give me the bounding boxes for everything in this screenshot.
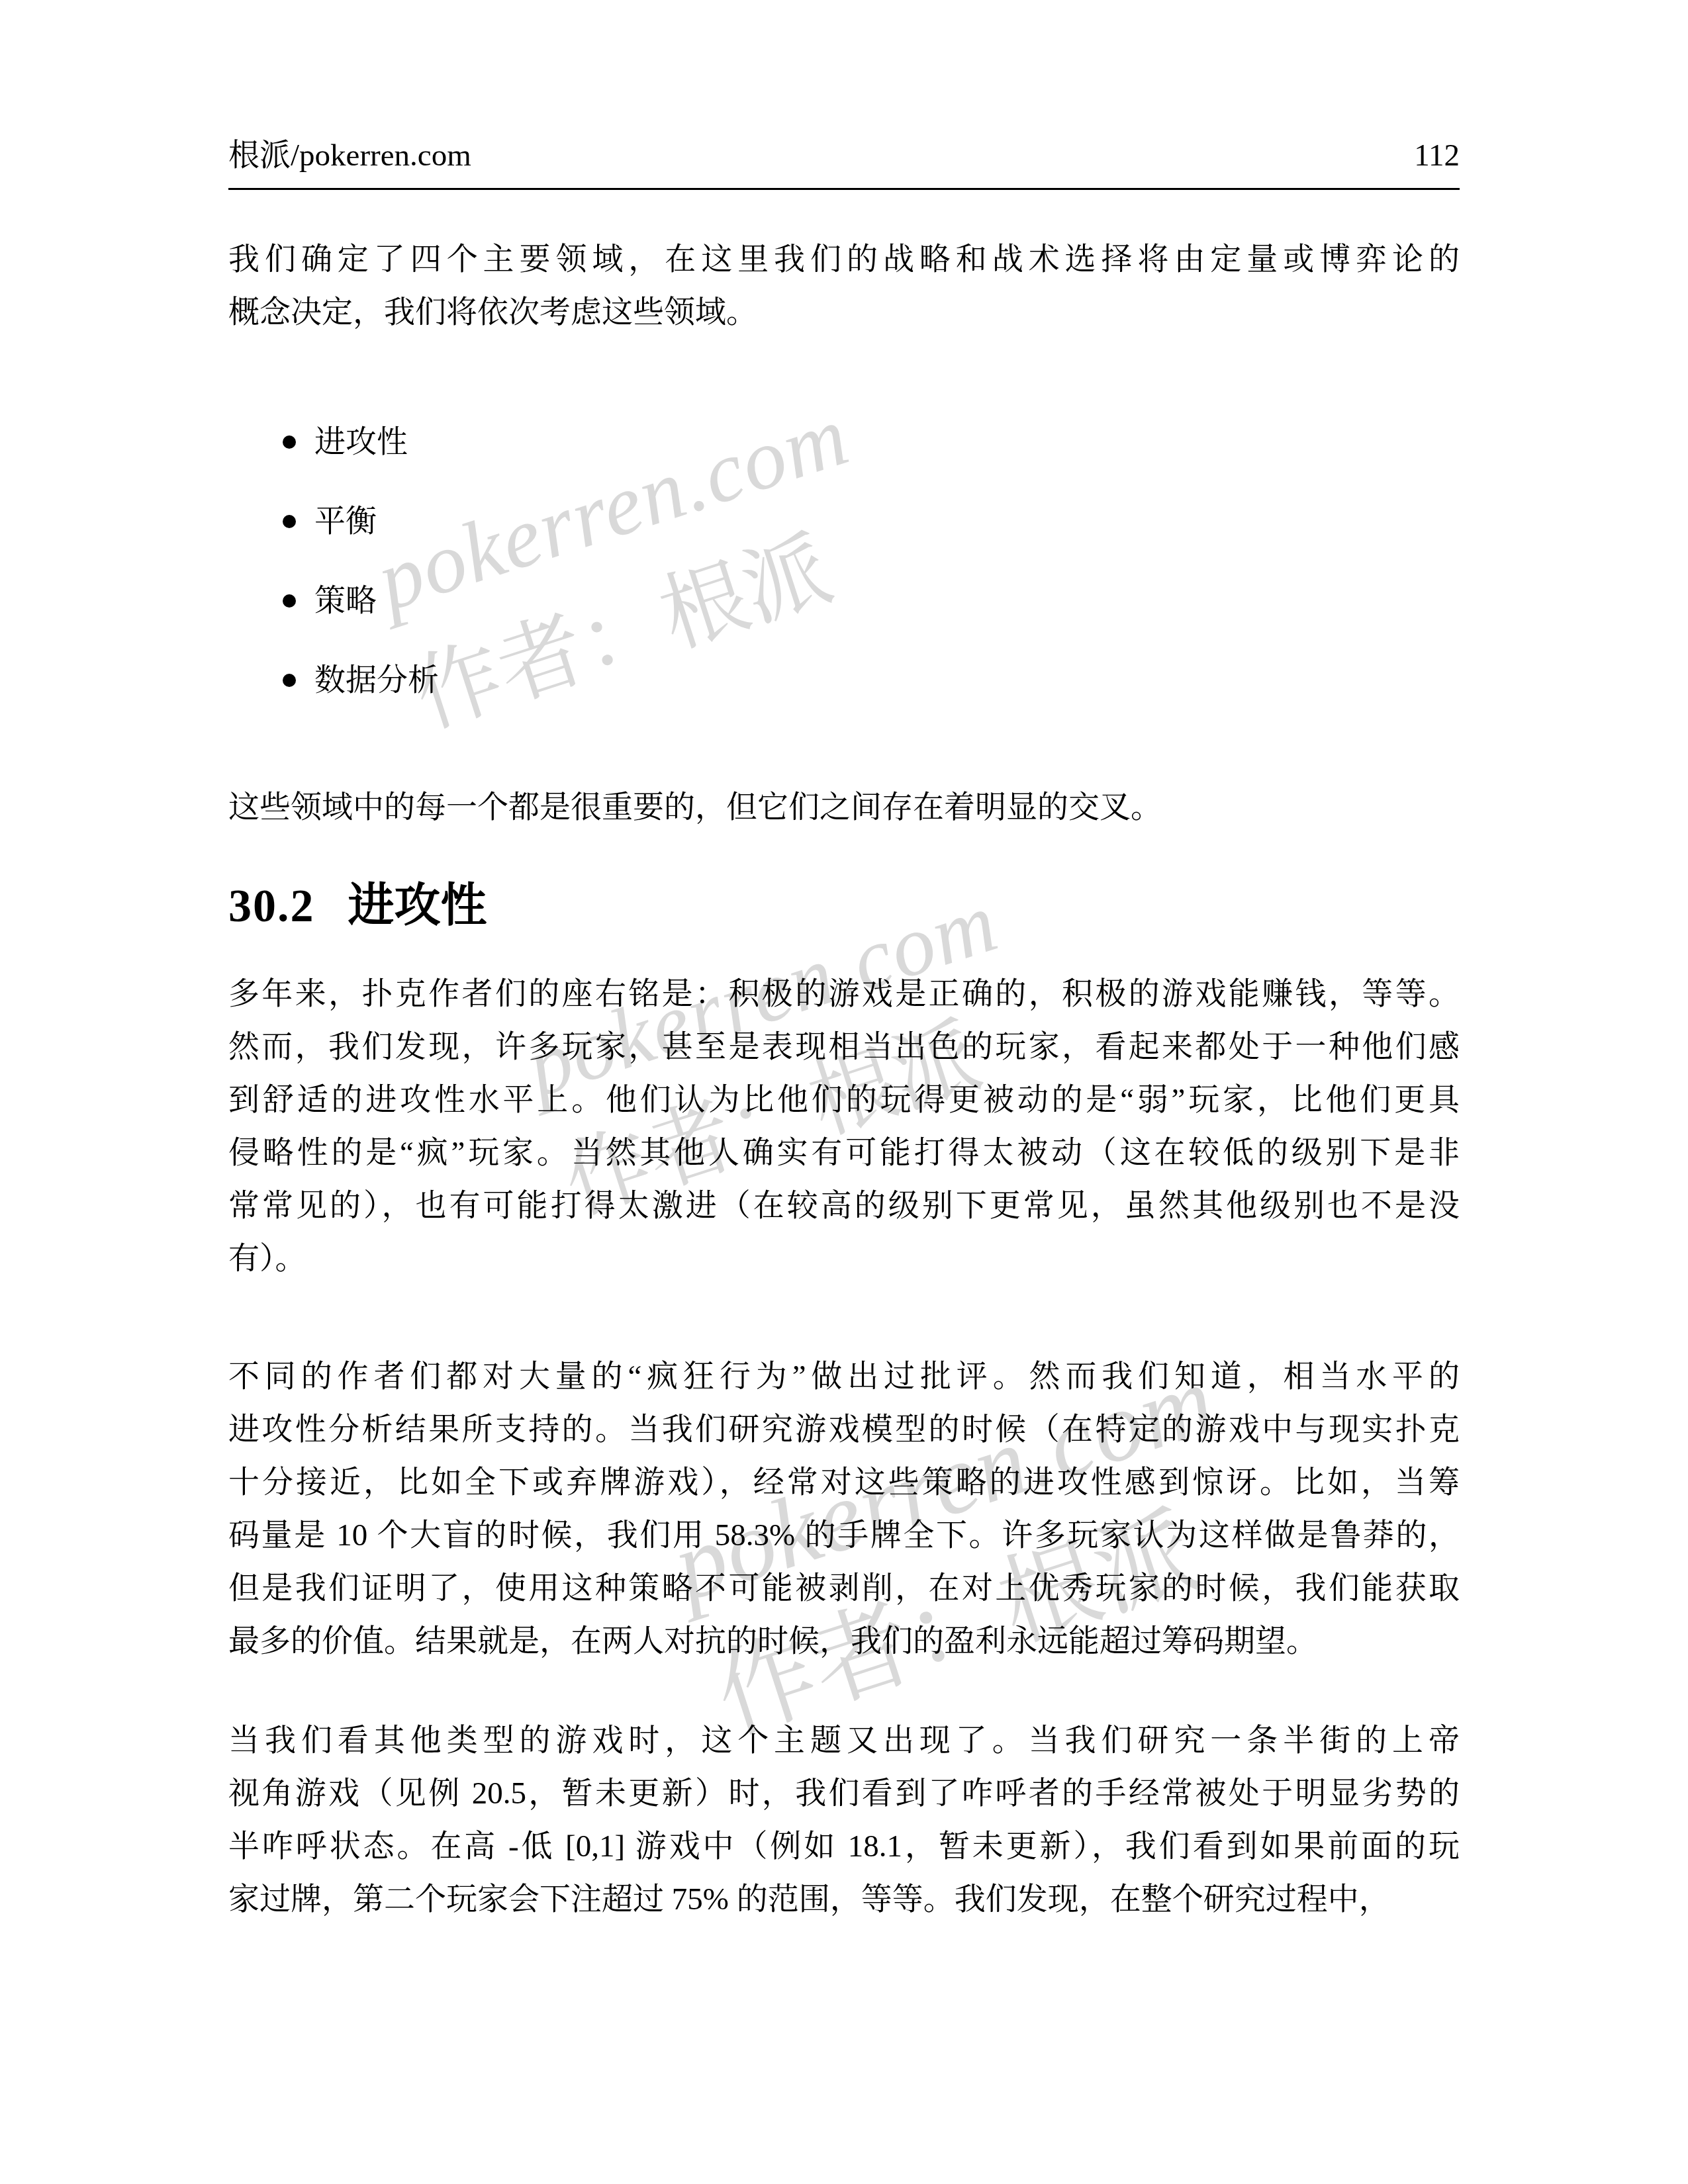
paragraph-line: 但是我们证明了，使用这种策略不可能被剥削，在对上优秀玩家的时候，我们能获取 bbox=[228, 1562, 1460, 1615]
header-rule bbox=[228, 188, 1460, 190]
paragraph-line: 然而，我们发现，许多玩家，甚至是表现相当出色的玩家，看起来都处于一种他们感 bbox=[228, 1021, 1460, 1073]
document-page: pokerren.com 作者：根派 pokerren.com 作者：根派 po… bbox=[0, 0, 1688, 2184]
paragraph-line: 半咋呼状态。在高 -低 [0,1] 游戏中（例如 18.1，暂未更新），我们看到… bbox=[228, 1820, 1460, 1873]
topic-bullet-list: 进攻性 平衡 策略 数据分析 bbox=[228, 416, 1460, 733]
paragraph-line: 家过牌，第二个玩家会下注超过 75% 的范围，等等。我们发现，在整个研究过程中， bbox=[228, 1873, 1460, 1926]
section-title: 进攻性 bbox=[348, 881, 487, 932]
paragraph-line: 码量是 10 个大盲的时候，我们用 58.3% 的手牌全下。许多玩家认为这样做是… bbox=[228, 1509, 1460, 1562]
section-number: 30.2 bbox=[228, 881, 315, 932]
list-item-label: 平衡 bbox=[314, 504, 377, 539]
paragraph-line: 概念决定，我们将依次考虑这些领域。 bbox=[228, 286, 1460, 339]
list-item: 数据分析 bbox=[228, 654, 1460, 707]
paragraph-line: 不同的作者们都对大量的“疯狂行为”做出过批评。然而我们知道，相当水平的 bbox=[228, 1350, 1460, 1403]
page-content: 根派/pokerren.com 112 我们确定了四个主要领域，在这里我们的战略… bbox=[0, 0, 1688, 2184]
paragraph-line: 最多的价值。结果就是，在两人对抗的时候，我们的盈利永远能超过筹码期望。 bbox=[228, 1615, 1460, 1668]
bullet-dot-icon bbox=[283, 674, 296, 687]
section-heading: 30.2进攻性 bbox=[228, 875, 1460, 950]
paragraph-line: 视角游戏（见例 20.5，暂未更新）时，我们看到了咋呼者的手经常被处于明显劣势的 bbox=[228, 1767, 1460, 1820]
list-item-label: 策略 bbox=[314, 584, 377, 618]
bridge-paragraph: 这些领域中的每一个都是很重要的，但它们之间存在着明显的交叉。 bbox=[228, 781, 1460, 834]
paragraph-line: 十分接近，比如全下或弃牌游戏），经常对这些策略的进攻性感到惊讶。比如，当筹 bbox=[228, 1456, 1460, 1509]
paragraph-line: 进攻性分析结果所支持的。当我们研究游戏模型的时候（在特定的游戏中与现实扑克 bbox=[228, 1403, 1460, 1456]
bullet-dot-icon bbox=[283, 515, 296, 528]
header-site-label: 根派/pokerren.com bbox=[228, 132, 471, 179]
aggression-paragraph-3: 当我们看其他类型的游戏时，这个主题又出现了。当我们研究一条半街的上帝 视角游戏（… bbox=[228, 1714, 1460, 1926]
bullet-dot-icon bbox=[283, 594, 296, 608]
page-number: 112 bbox=[1414, 132, 1460, 179]
paragraph-line: 有）。 bbox=[228, 1232, 1460, 1285]
bullet-dot-icon bbox=[283, 435, 296, 449]
aggression-paragraph-2: 不同的作者们都对大量的“疯狂行为”做出过批评。然而我们知道，相当水平的 进攻性分… bbox=[228, 1350, 1460, 1668]
paragraph-line: 多年来，扑克作者们的座右铭是：积极的游戏是正确的，积极的游戏能赚钱，等等。 bbox=[228, 968, 1460, 1021]
paragraph-line: 常常见的），也有可能打得太激进（在较高的级别下更常见，虽然其他级别也不是没 bbox=[228, 1179, 1460, 1232]
aggression-paragraph-1: 多年来，扑克作者们的座右铭是：积极的游戏是正确的，积极的游戏能赚钱，等等。 然而… bbox=[228, 968, 1460, 1285]
paragraph-line: 到舒适的进攻性水平上。他们认为比他们的玩得更被动的是“弱”玩家，比他们更具 bbox=[228, 1073, 1460, 1126]
paragraph-line: 我们确定了四个主要领域，在这里我们的战略和战术选择将由定量或博弈论的 bbox=[228, 233, 1460, 286]
page-header: 根派/pokerren.com 112 bbox=[228, 132, 1460, 179]
list-item: 进攻性 bbox=[228, 416, 1460, 469]
list-item: 平衡 bbox=[228, 495, 1460, 548]
paragraph-line: 侵略性的是“疯”玩家。当然其他人确实有可能打得太被动（这在较低的级别下是非 bbox=[228, 1126, 1460, 1179]
list-item-label: 数据分析 bbox=[314, 663, 439, 698]
list-item-label: 进攻性 bbox=[314, 425, 408, 459]
paragraph-line: 这些领域中的每一个都是很重要的，但它们之间存在着明显的交叉。 bbox=[228, 781, 1460, 834]
intro-paragraph: 我们确定了四个主要领域，在这里我们的战略和战术选择将由定量或博弈论的 概念决定，… bbox=[228, 233, 1460, 339]
list-item: 策略 bbox=[228, 574, 1460, 627]
paragraph-line: 当我们看其他类型的游戏时，这个主题又出现了。当我们研究一条半街的上帝 bbox=[228, 1714, 1460, 1767]
